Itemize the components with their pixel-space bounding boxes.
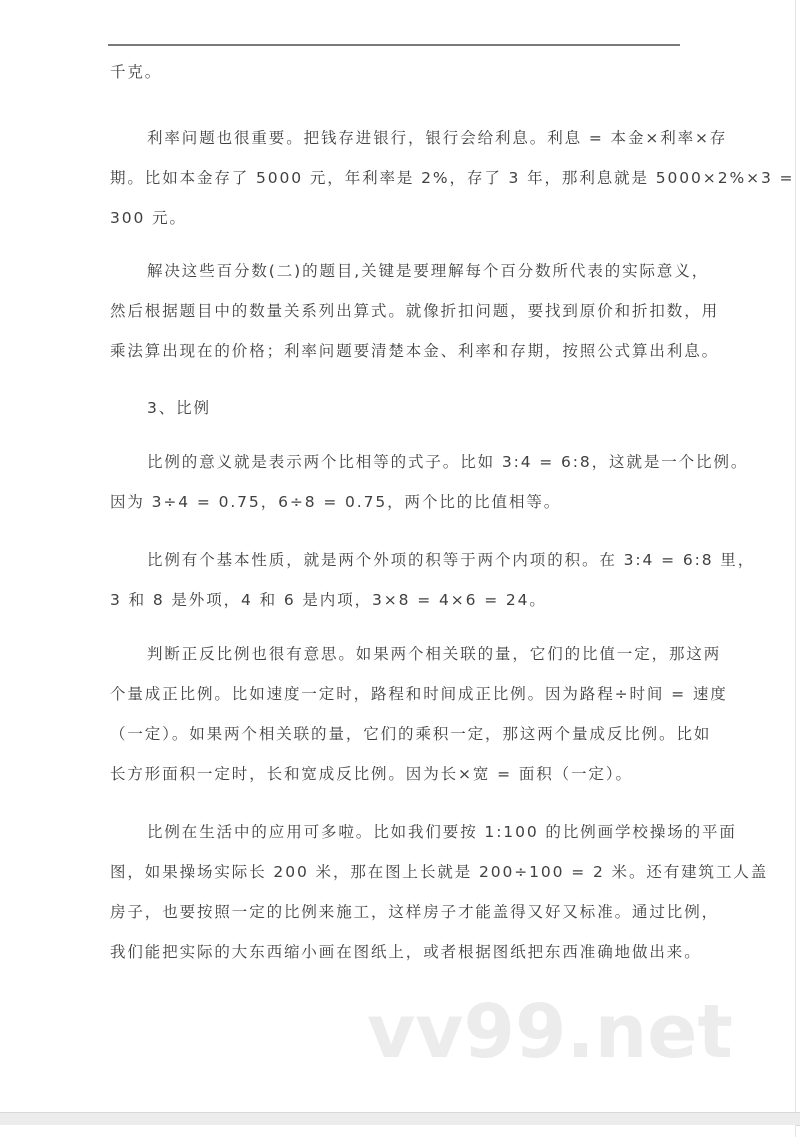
- text-line: 比例有个基本性质，就是两个外项的积等于两个内项的积。在 3:4 = 6:8 里，: [147, 550, 755, 570]
- text-line: 解决这些百分数(二)的题目,关键是要理解每个百分数所代表的实际意义，: [147, 261, 709, 281]
- watermark: vv99.net: [367, 995, 733, 1069]
- text-line: 比例在生活中的应用可多啦。比如我们要按 1:100 的比例画学校操场的平面: [147, 822, 737, 842]
- text-line: 长方形面积一定时，长和宽成反比例。因为长×宽 = 面积（一定）。: [110, 764, 633, 784]
- text-line: 判断正反比例也很有意思。如果两个相关联的量，它们的比值一定，那这两: [147, 644, 721, 664]
- text-line: 比例的意义就是表示两个比相等的式子。比如 3:4 = 6:8，这就是一个比例。: [147, 452, 748, 472]
- header-rule: [108, 44, 680, 46]
- text-line: 因为 3÷4 = 0.75，6÷8 = 0.75，两个比的比值相等。: [110, 492, 561, 512]
- text-line: 房子，也要按照一定的比例来施工，这样房子才能盖得又好又标准。通过比例，: [110, 902, 719, 922]
- text-line: 图，如果操场实际长 200 米，那在图上长就是 200÷100 = 2 米。还有…: [110, 862, 768, 882]
- text-line: 然后根据题目中的数量关系列出算式。就像折扣问题，要找到原价和折扣数，用: [110, 301, 719, 321]
- text-line: （一定）。如果两个相关联的量，它们的乘积一定，那这两个量成反比例。比如: [110, 724, 711, 744]
- text-line: 我们能把实际的大东西缩小画在图纸上，或者根据图纸把东西准确地做出来。: [110, 942, 702, 962]
- text-line: 利率问题也很重要。把钱存进银行，银行会给利息。利息 = 本金×利率×存: [147, 128, 727, 148]
- text-line: 期。比如本金存了 5000 元，年利率是 2%，存了 3 年，那利息就是 500…: [110, 168, 794, 188]
- text-line: 300 元。: [110, 208, 187, 228]
- section-heading: 3、比例: [147, 398, 211, 418]
- text-line: 乘法算出现在的价格；利率问题要清楚本金、利率和存期，按照公式算出利息。: [110, 341, 719, 361]
- text-line: 千克。: [110, 62, 162, 82]
- next-page-edge: [0, 1125, 796, 1137]
- page-separator: [0, 1112, 800, 1126]
- text-line: 3 和 8 是外项，4 和 6 是内项，3×8 = 4×6 = 24。: [110, 590, 547, 610]
- text-line: 个量成正比例。比如速度一定时，路程和时间成正比例。因为路程÷时间 = 速度: [110, 684, 728, 704]
- document-page: 千克。 利率问题也很重要。把钱存进银行，银行会给利息。利息 = 本金×利率×存 …: [0, 0, 796, 1112]
